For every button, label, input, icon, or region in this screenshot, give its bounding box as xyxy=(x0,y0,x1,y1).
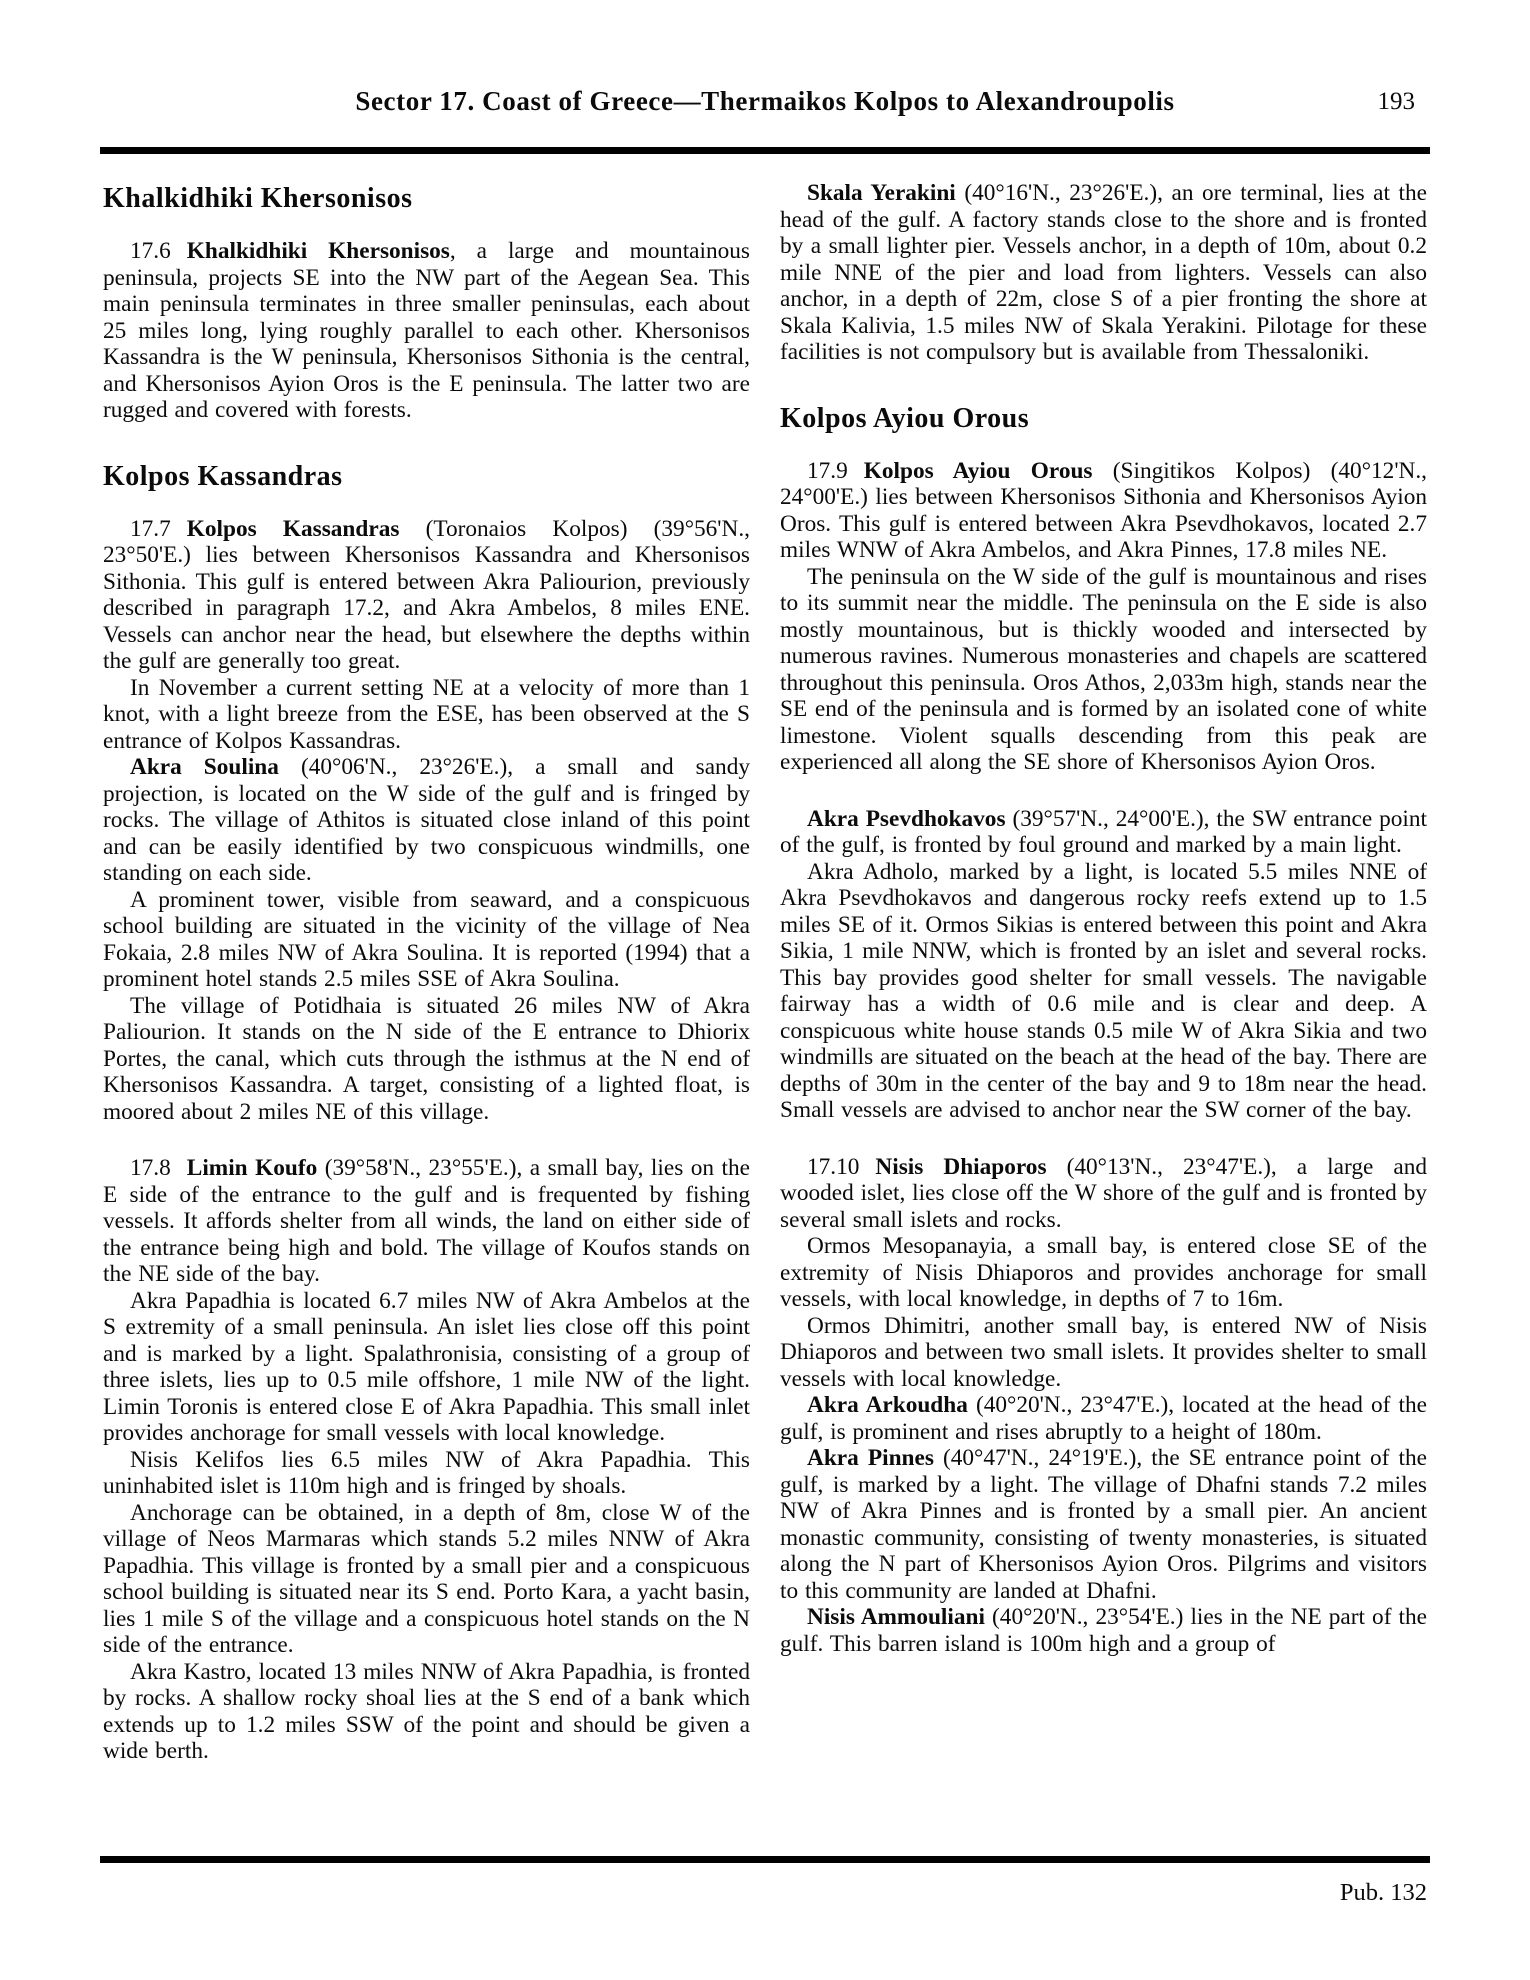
feature-name: Nisis Ammouliani xyxy=(807,1604,985,1630)
page-number: 193 xyxy=(1378,88,1416,116)
section-heading: Kolpos Ayiou Orous xyxy=(780,402,1427,436)
feature-name: Skala Yerakini xyxy=(807,180,956,206)
feature-name: Akra Soulina xyxy=(130,754,279,780)
section-heading: Khalkidhiki Khersonisos xyxy=(103,182,750,216)
paragraph: 17.6Khalkidhiki Khersonisos, a large and… xyxy=(103,238,750,424)
page-body: Khalkidhiki Khersonisos17.6Khalkidhiki K… xyxy=(103,180,1427,1861)
paragraph: Nisis Kelifos lies 6.5 miles NW of Akra … xyxy=(103,1447,750,1500)
paragraph: A prominent tower, visible from seaward,… xyxy=(103,887,750,993)
right-column: Skala Yerakini (40°16'N., 23°26'E.), an … xyxy=(780,180,1427,1861)
paragraph: Akra Kastro, located 13 miles NNW of Akr… xyxy=(103,1659,750,1765)
section-heading: Kolpos Kassandras xyxy=(103,460,750,494)
feature-name: Kolpos Ayiou Orous xyxy=(864,458,1093,484)
paragraph: Anchorage can be obtained, in a depth of… xyxy=(103,1500,750,1659)
feature-name: Kolpos Kassandras xyxy=(187,516,400,542)
paragraph: Akra Papadhia is located 6.7 miles NW of… xyxy=(103,1288,750,1447)
body-text: Ormos Mesopanayia, a small bay, is enter… xyxy=(780,1233,1427,1312)
body-text: (40°16'N., 23°26'E.), an ore terminal, l… xyxy=(780,180,1427,365)
footer-rule xyxy=(100,1856,1430,1863)
body-text: , a large and mountainous peninsula, pro… xyxy=(103,238,750,423)
paragraph: 17.8Limin Koufo (39°58'N., 23°55'E.), a … xyxy=(103,1155,750,1288)
feature-name: Akra Pinnes xyxy=(807,1445,934,1471)
paragraph: Akra Arkoudha (40°20'N., 23°47'E.), loca… xyxy=(780,1392,1427,1445)
page-header: Sector 17. Coast of Greece—Thermaikos Ko… xyxy=(0,0,1530,154)
body-text: Nisis Kelifos lies 6.5 miles NW of Akra … xyxy=(103,1447,750,1500)
paragraph: 17.7Kolpos Kassandras (Toronaios Kolpos)… xyxy=(103,516,750,675)
publication-number: Pub. 132 xyxy=(1340,1879,1427,1907)
body-text: Ormos Dhimitri, another small bay, is en… xyxy=(780,1313,1427,1392)
body-text: Akra Papadhia is located 6.7 miles NW of… xyxy=(103,1288,750,1447)
paragraph-number: 17.6 xyxy=(130,238,171,264)
paragraph: Nisis Ammouliani (40°20'N., 23°54'E.) li… xyxy=(780,1604,1427,1657)
paragraph-number: 17.10 xyxy=(807,1154,859,1180)
paragraph: Akra Pinnes (40°47'N., 24°19'E.), the SE… xyxy=(780,1445,1427,1604)
paragraph: Akra Adholo, marked by a light, is locat… xyxy=(780,859,1427,1124)
body-text: The village of Potidhaia is situated 26 … xyxy=(103,993,750,1125)
body-text: The peninsula on the W side of the gulf … xyxy=(780,564,1427,776)
running-head: Sector 17. Coast of Greece—Thermaikos Ko… xyxy=(103,0,1427,116)
paragraph-number: 17.8 xyxy=(130,1155,171,1181)
feature-name: Akra Psevdhokavos xyxy=(807,806,1006,832)
body-text: In November a current setting NE at a ve… xyxy=(103,675,750,754)
paragraph: 17.10Nisis Dhiaporos (40°13'N., 23°47'E.… xyxy=(780,1154,1427,1234)
document-page: Sector 17. Coast of Greece—Thermaikos Ko… xyxy=(0,0,1530,1980)
feature-name: Khalkidhiki Khersonisos xyxy=(187,238,450,264)
body-text: Akra Adholo, marked by a light, is locat… xyxy=(780,859,1427,1124)
body-text: Anchorage can be obtained, in a depth of… xyxy=(103,1500,750,1659)
paragraph: 17.9Kolpos Ayiou Orous (Singitikos Kolpo… xyxy=(780,458,1427,564)
paragraph: The peninsula on the W side of the gulf … xyxy=(780,564,1427,776)
body-text: A prominent tower, visible from seaward,… xyxy=(103,887,750,993)
paragraph: Akra Psevdhokavos (39°57'N., 24°00'E.), … xyxy=(780,806,1427,859)
paragraph-number: 17.9 xyxy=(807,458,848,484)
paragraph: Skala Yerakini (40°16'N., 23°26'E.), an … xyxy=(780,180,1427,366)
feature-name: Limin Koufo xyxy=(187,1155,317,1181)
paragraph: Ormos Dhimitri, another small bay, is en… xyxy=(780,1313,1427,1393)
feature-name: Nisis Dhiaporos xyxy=(875,1154,1046,1180)
paragraph: The village of Potidhaia is situated 26 … xyxy=(103,993,750,1126)
paragraph: Ormos Mesopanayia, a small bay, is enter… xyxy=(780,1233,1427,1313)
paragraph: In November a current setting NE at a ve… xyxy=(103,675,750,755)
paragraph: Akra Soulina (40°06'N., 23°26'E.), a sma… xyxy=(103,754,750,887)
body-text: Akra Kastro, located 13 miles NNW of Akr… xyxy=(103,1659,750,1765)
sector-title: Sector 17. Coast of Greece—Thermaikos Ko… xyxy=(355,86,1174,116)
left-column: Khalkidhiki Khersonisos17.6Khalkidhiki K… xyxy=(103,180,750,1861)
header-rule xyxy=(100,147,1430,154)
paragraph-number: 17.7 xyxy=(130,516,171,542)
feature-name: Akra Arkoudha xyxy=(807,1392,968,1418)
